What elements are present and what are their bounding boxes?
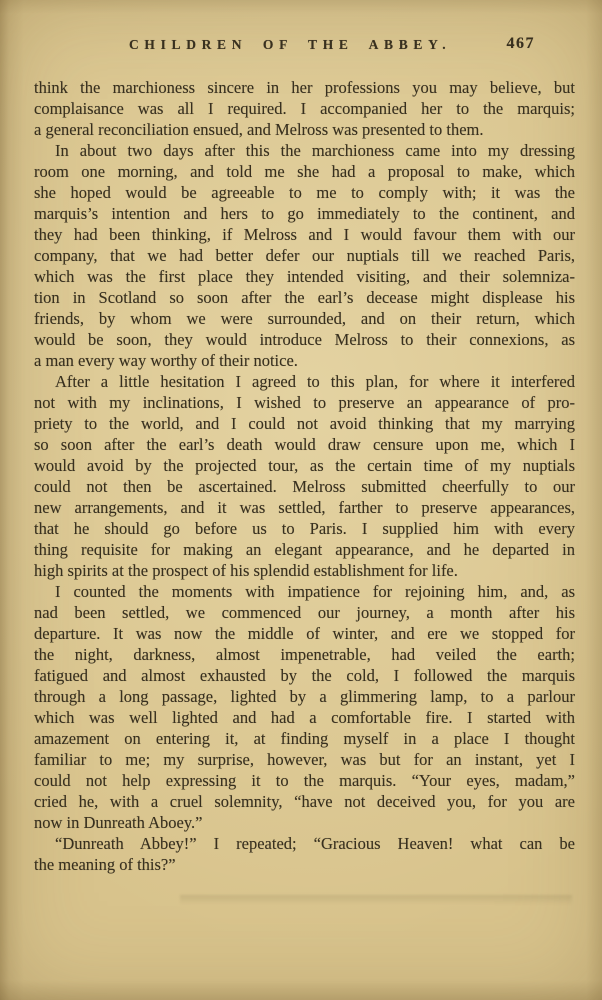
text-line: In about two days after this the marchio…: [34, 140, 575, 161]
text-line: now in Dunreath Aboey.”: [34, 812, 575, 833]
running-title: CHILDREN OF THE ABBEY.: [129, 37, 451, 53]
text-line: company, that we had better defer our nu…: [34, 245, 575, 266]
text-line: could not then be ascertained. Melross s…: [34, 476, 575, 497]
text-line: new arrangements, and it was settled, fa…: [34, 497, 575, 518]
text-line: “Dunreath Abbey!” I repeated; “Gracious …: [34, 833, 575, 854]
text-line: cried he, with a cruel solemnity, “have …: [34, 791, 575, 812]
reverse-page-show-through: [180, 895, 572, 905]
text-line: amazement on entering it, at finding mys…: [34, 728, 575, 749]
text-line: not with my inclinations, I wished to pr…: [34, 392, 575, 413]
text-line: that he should go before us to Paris. I …: [34, 518, 575, 539]
page-header: CHILDREN OF THE ABBEY. 467: [35, 37, 574, 57]
text-line: the night, darkness, almost impenetrable…: [34, 644, 575, 665]
text-line: which was well lighted and had a comfort…: [34, 707, 575, 728]
text-line: room one morning, and told me she had a …: [34, 161, 575, 182]
text-line: tion in Scotland so soon after the earl’…: [34, 287, 575, 308]
text-line: After a little hesitation I agreed to th…: [34, 371, 575, 392]
text-line: familiar to me; my surprise, however, wa…: [34, 749, 575, 770]
text-line: would avoid by the projected tour, as th…: [34, 455, 575, 476]
text-line: a man every way worthy of their notice.: [34, 350, 575, 371]
book-page: CHILDREN OF THE ABBEY. 467 think the mar…: [0, 0, 602, 1000]
text-line: nad been settled, we commenced our journ…: [34, 602, 575, 623]
text-line: they had been thinking, if Melross and I…: [34, 224, 575, 245]
text-line: complaisance was all I required. I accom…: [34, 98, 575, 119]
text-line: departure. It was now the middle of wint…: [34, 623, 575, 644]
text-line: would be soon, they would introduce Melr…: [34, 329, 575, 350]
text-line: marquis’s intention and hers to go immed…: [34, 203, 575, 224]
text-line: the meaning of this?”: [34, 854, 575, 875]
text-line: fatigued and almost exhausted by the col…: [34, 665, 575, 686]
text-line: thing requisite for making an elegant ap…: [34, 539, 575, 560]
text-line: high spirits at the prospect of his sple…: [34, 560, 575, 581]
text-line: a general reconciliation ensued, and Mel…: [34, 119, 575, 140]
text-line: could not help expressing it to the marq…: [34, 770, 575, 791]
text-line: priety to the world, and I could not avo…: [34, 413, 575, 434]
text-line: she hoped would be agreeable to me to co…: [34, 182, 575, 203]
text-line: so soon after the earl’s death would dra…: [34, 434, 575, 455]
body-text: think the marchioness sincere in her pro…: [34, 77, 575, 875]
text-line: friends, by whom we were surrounded, and…: [34, 308, 575, 329]
text-line: which was the first place they intended …: [34, 266, 575, 287]
text-line: I counted the moments with impatience fo…: [34, 581, 575, 602]
page-number: 467: [507, 35, 536, 53]
text-line: think the marchioness sincere in her pro…: [34, 77, 575, 98]
text-line: through a long passage, lighted by a gli…: [34, 686, 575, 707]
